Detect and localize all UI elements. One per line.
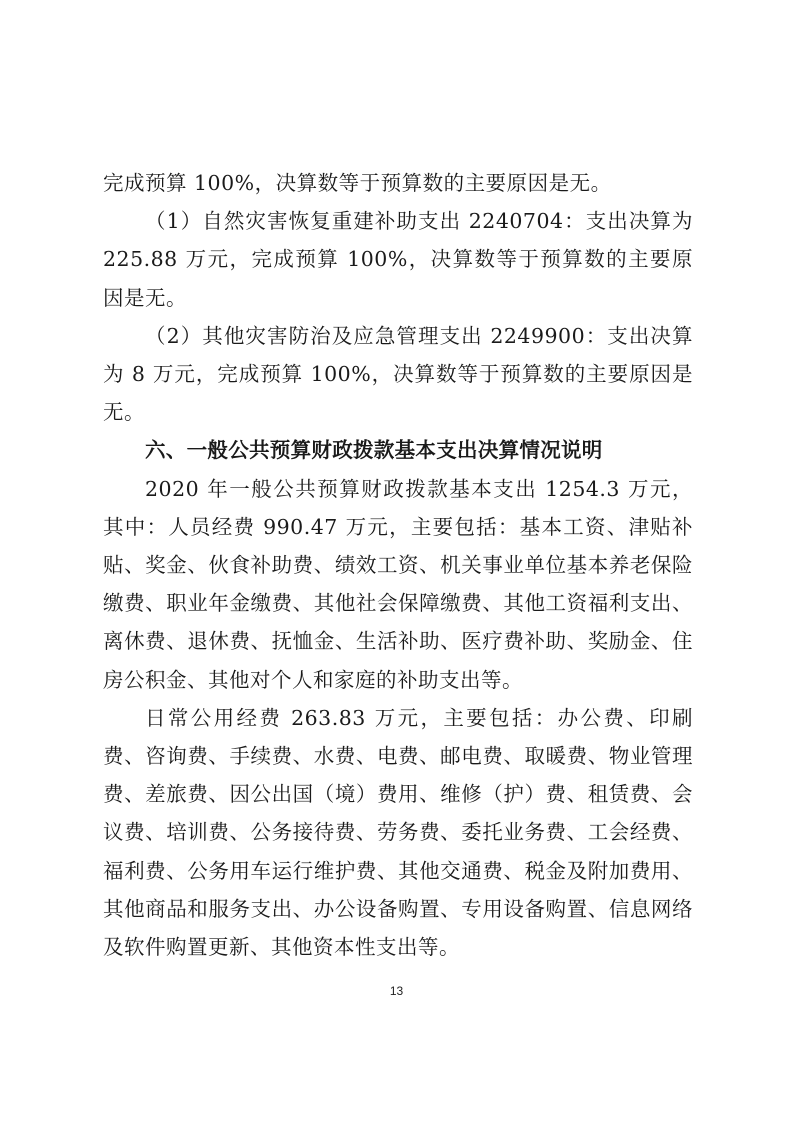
- section-heading: 六、一般公共预算财政拨款基本支出决算情况说明: [103, 431, 693, 469]
- paragraph-public-expenses: 日常公用经费 263.83 万元，主要包括：办公费、印刷费、咨询费、手续费、水费…: [103, 699, 693, 966]
- paragraph-continuation: 完成预算 100%，决算数等于预算数的主要原因是无。: [103, 164, 693, 202]
- paragraph-item-2: （2）其他灾害防治及应急管理支出 2249900：支出决算为 8 万元，完成预算…: [103, 317, 693, 432]
- document-body: 完成预算 100%，决算数等于预算数的主要原因是无。 （1）自然灾害恢复重建补助…: [103, 164, 693, 966]
- page-number: 13: [0, 984, 793, 998]
- paragraph-personnel-expenses: 2020 年一般公共预算财政拨款基本支出 1254.3 万元，其中：人员经费 9…: [103, 470, 693, 699]
- paragraph-item-1: （1）自然灾害恢复重建补助支出 2240704：支出决算为 225.88 万元，…: [103, 202, 693, 317]
- document-page: 完成预算 100%，决算数等于预算数的主要原因是无。 （1）自然灾害恢复重建补助…: [0, 0, 793, 1122]
